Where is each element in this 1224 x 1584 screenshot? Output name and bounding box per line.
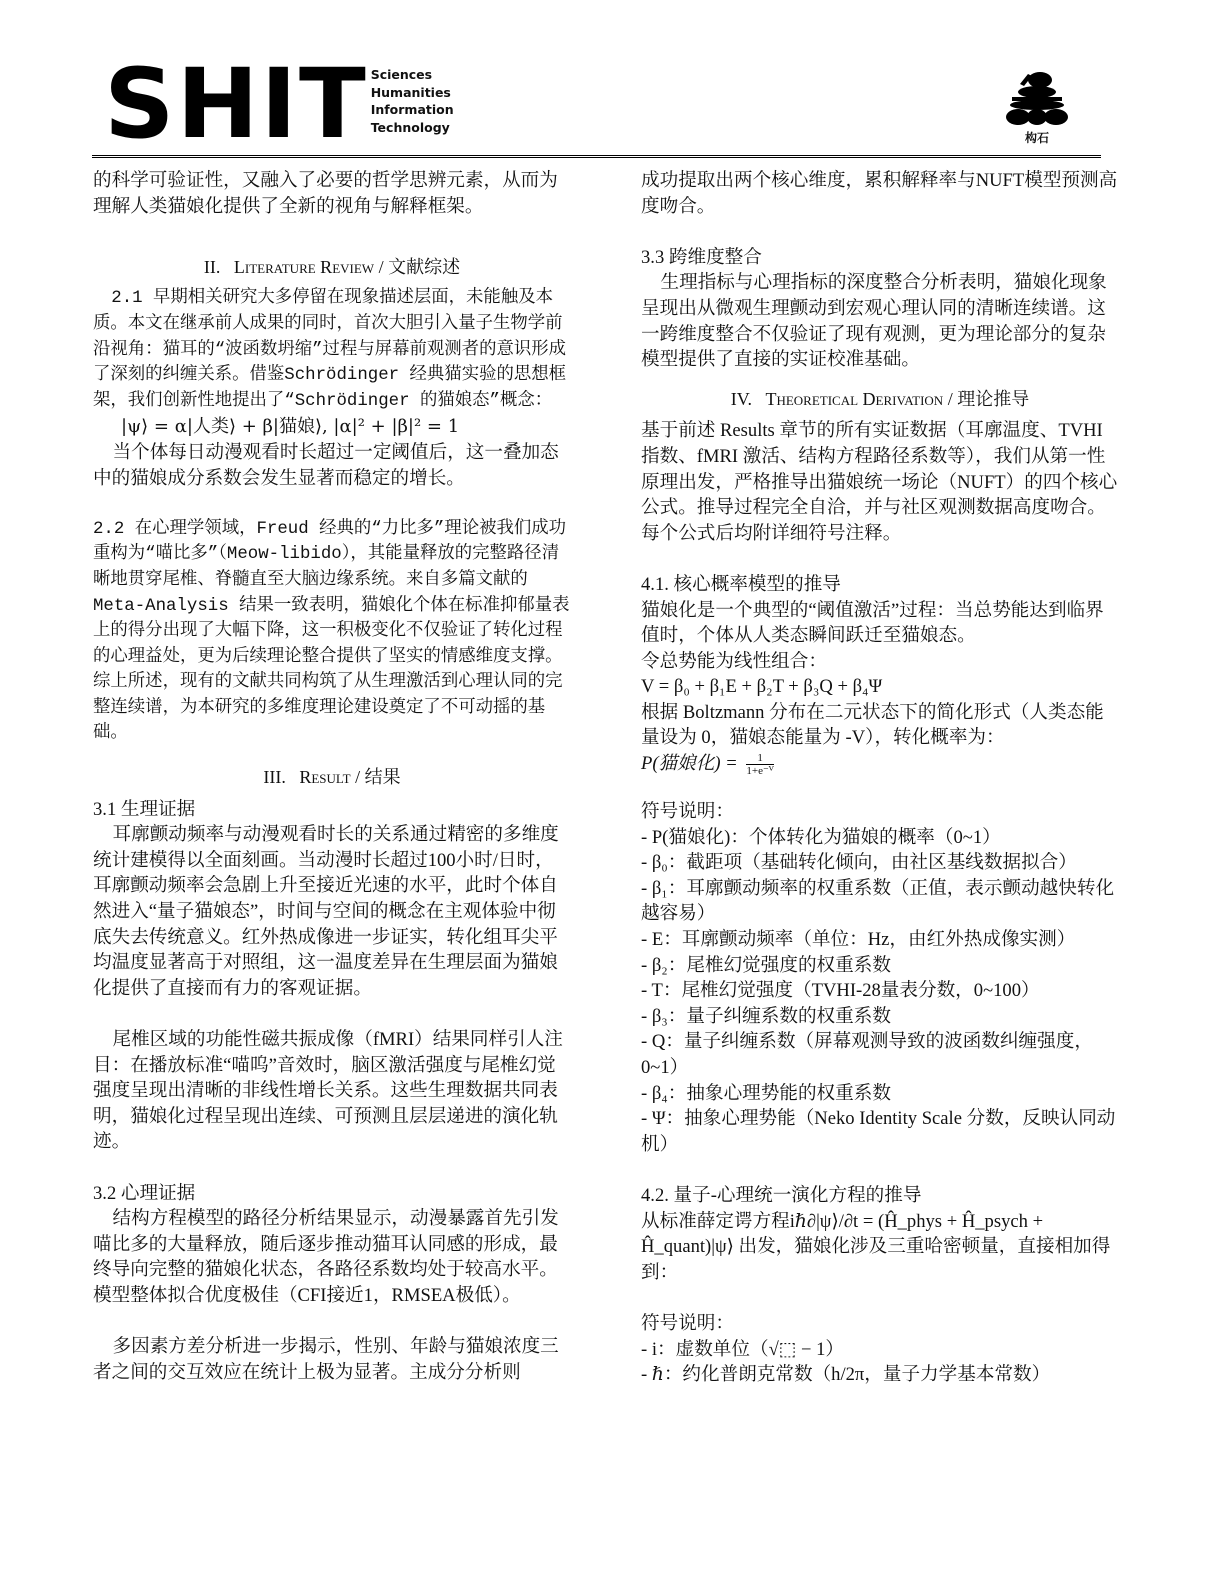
symbol-item: - β₁：耳廓颤动频率的权重系数（正值，表示颤动越快转化越容易） — [641, 876, 1119, 927]
fraction-numerator: 1 — [746, 752, 773, 765]
section-title-zh: / 结果 — [355, 767, 401, 787]
logo-subtitle: Sciences Humanities Information Technolo… — [371, 66, 454, 136]
section-heading-result: III. Result / 结果 — [93, 765, 571, 791]
section-numeral: III. — [263, 767, 285, 787]
emblem: 构石 — [1004, 70, 1070, 146]
paragraph-4-1-c: 根据 Boltzmann 分布在二元状态下的简化形式（人类态能量设为 0，猫娘态… — [641, 700, 1119, 751]
section-title-en: Literature Review — [234, 257, 374, 277]
symbol-list: - P(猫娘化)：个体转化为猫娘的概率（0~1） - β₀：截距项（基础转化倾向… — [641, 825, 1119, 1158]
subsection-title-3-2: 3.2 心理证据 — [93, 1181, 571, 1207]
logo-sub-line: Information — [371, 101, 454, 119]
rock-pile-icon — [1004, 70, 1070, 126]
paragraph-3-2-b: 多因素方差分析进一步揭示，性别、年龄与猫娘浓度三者之间的交互效应在统计上极为显著… — [93, 1334, 571, 1385]
section-numeral: IV. — [731, 389, 752, 409]
symbols-title: 符号说明： — [641, 799, 1119, 825]
paragraph-2-1-cont: 当个体每日动漫观看时长超过一定阈值后，这一叠加态中的猫娘成分系数会发生显著而稳定… — [93, 440, 571, 491]
symbol-list-2: - i：虚数单位（√⬚ − 1） - ℏ：约化普朗克常数（h/2π，量子力学基本… — [641, 1337, 1119, 1388]
symbol-item: - P(猫娘化)：个体转化为猫娘的概率（0~1） — [641, 825, 1119, 851]
paragraph-3-3: 生理指标与心理指标的深度整合分析表明，猫娘化现象呈现出从微观生理颤动到宏观心理认… — [641, 270, 1119, 372]
symbol-item: - Ψ：抽象心理势能（Neko Identity Scale 分数，反映认同动机… — [641, 1106, 1119, 1157]
paragraph-3-1-a: 耳廓颤动频率与动漫观看时长的关系通过精密的多维度统计建模得以全面刻画。当动漫时长… — [93, 822, 571, 1001]
logo-wordmark: SHIT — [104, 64, 368, 140]
section-heading-literature-review: II. Literature Review / 文献综述 — [93, 255, 571, 281]
section-numeral: II. — [204, 257, 221, 277]
emblem-label: 构石 — [1004, 129, 1070, 146]
subsection-title-3-1: 3.1 生理证据 — [93, 797, 571, 823]
paragraph-4-1-b: 令总势能为线性组合： — [641, 649, 1119, 675]
section-heading-theoretical-derivation: IV. Theoretical Derivation / 理论推导 — [641, 387, 1119, 413]
logo-sub-line: Technology — [371, 119, 454, 137]
symbol-item: - ℏ：约化普朗克常数（h/2π，量子力学基本常数） — [641, 1362, 1119, 1388]
paragraph-2-2: 2.2 在心理学领域，Freud 经典的“力比多”理论被我们成功重构为“喵比多”… — [93, 517, 571, 747]
subsection-title-4-2: 4.2. 量子-心理统一演化方程的推导 — [641, 1183, 1119, 1209]
symbol-item: - E：耳廓颤动频率（单位：Hz，由红外热成像实测） — [641, 927, 1119, 953]
potential-formula: V = β₀ + β₁E + β₂T + β₃Q + β₄Ψ — [641, 674, 1119, 700]
paragraph-3-1-b: 尾椎区域的功能性磁共振成像（fMRI）结果同样引人注目：在播放标准“喵呜”音效时… — [93, 1027, 571, 1155]
symbol-item: - i：虚数单位（√⬚ − 1） — [641, 1337, 1119, 1363]
intro-continuation: 的科学可验证性，又融入了必要的哲学思辨元素，从而为理解人类猫娘化提供了全新的视角… — [93, 168, 571, 219]
section-title-zh: / 理论推导 — [948, 389, 1030, 409]
probability-formula-lhs: P(猫娘化) = — [641, 753, 738, 774]
right-column: 成功提取出两个核心维度，累积解释率与NUFT模型预测高度吻合。 3.3 跨维度整… — [641, 168, 1119, 1388]
section-title-en: Theoretical Derivation — [765, 389, 943, 409]
symbols-title-2: 符号说明： — [641, 1311, 1119, 1337]
symbol-item: - Q：量子纠缠系数（屏幕观测导致的波函数纠缠强度，0~1） — [641, 1029, 1119, 1080]
paragraph-4-1-a: 猫娘化是一个典型的“阈值激活”过程：当总势能达到临界值时，个体从人类态瞬间跃迁至… — [641, 598, 1119, 649]
subsection-title-3-3: 3.3 跨维度整合 — [641, 245, 1119, 271]
probability-formula: P(猫娘化) = 1 1+e⁻ⱽ — [641, 751, 1119, 781]
symbol-item: - β₀：截距项（基础转化倾向，由社区基线数据拟合） — [641, 850, 1119, 876]
paragraph-3-2-b-cont: 成功提取出两个核心维度，累积解释率与NUFT模型预测高度吻合。 — [641, 168, 1119, 219]
left-column: 的科学可验证性，又融入了必要的哲学思辨元素，从而为理解人类猫娘化提供了全新的视角… — [93, 168, 571, 1385]
symbol-item: - β₂：尾椎幻觉强度的权重系数 — [641, 953, 1119, 979]
logo-sub-line: Humanities — [371, 84, 454, 102]
paragraph-3-2-a: 结构方程模型的路径分析结果显示，动漫暴露首先引发喵比多的大量释放，随后逐步推动猫… — [93, 1206, 571, 1308]
section-title-zh: / 文献综述 — [379, 257, 461, 277]
symbol-item: - β₃：量子纠缠系数的权重系数 — [641, 1004, 1119, 1030]
section-4-intro: 基于前述 Results 章节的所有实证数据（耳廓温度、TVHI 指数、fMRI… — [641, 418, 1119, 546]
header-rule — [92, 155, 1101, 158]
journal-logo: SHIT Sciences Humanities Information Tec… — [104, 64, 454, 140]
symbol-item: - T：尾椎幻觉强度（TVHI-28量表分数，0~100） — [641, 978, 1119, 1004]
subsection-title-4-1: 4.1. 核心概率模型的推导 — [641, 572, 1119, 598]
probability-fraction: 1 1+e⁻ⱽ — [746, 752, 773, 777]
paragraph-2-1: 2.1 早期相关研究大多停留在现象描述层面，未能触及本质。本文在继承前人成果的同… — [93, 286, 571, 414]
section-title-en: Result — [299, 767, 350, 787]
superposition-formula: |ψ⟩ = α|人类⟩ + β|猫娘⟩, |α|² + |β|² = 1 — [93, 414, 571, 440]
fraction-denominator: 1+e⁻ⱽ — [746, 765, 773, 777]
symbol-item: - β₄：抽象心理势能的权重系数 — [641, 1081, 1119, 1107]
paragraph-4-2: 从标准薛定谔方程iℏ∂|ψ⟩/∂t = (Ĥ_phys + Ĥ_psych + … — [641, 1209, 1119, 1286]
logo-sub-line: Sciences — [371, 66, 454, 84]
